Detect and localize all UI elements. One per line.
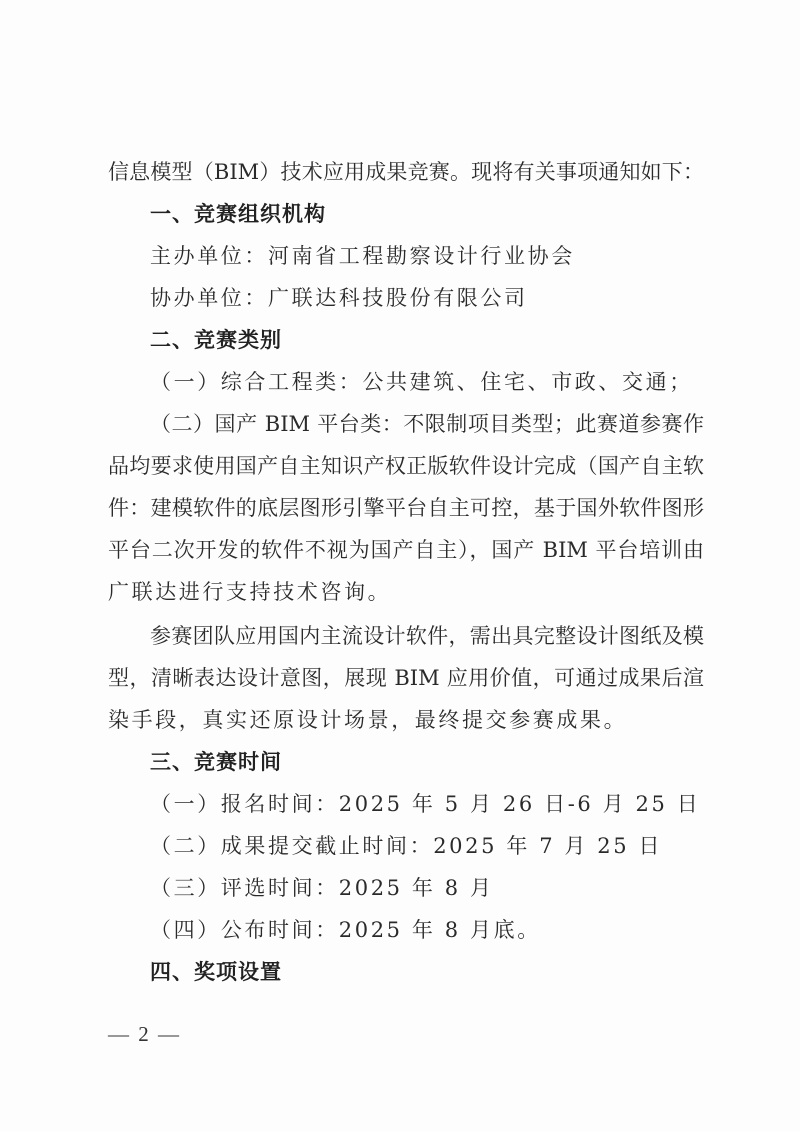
schedule-submission-deadline: （二）成果提交截止时间：2025 年 7 月 25 日 — [150, 832, 704, 860]
category-2-line-2: 品均要求使用国产自主知识产权正版软件设计完成（国产自主软 — [108, 452, 704, 480]
section-heading-awards: 四、奖项设置 — [150, 958, 704, 986]
intro-paragraph-tail: 信息模型（BIM）技术应用成果竞赛。现将有关事项通知如下： — [108, 158, 704, 186]
section-heading-schedule: 三、竞赛时间 — [150, 748, 704, 776]
host-organizer: 主办单位：河南省工程勘察设计行业协会 — [150, 242, 704, 270]
category-2-line-3: 件：建模软件的底层图形引擎平台自主可控，基于国外软件图形 — [108, 494, 704, 522]
schedule-registration: （一）报名时间：2025 年 5 月 26 日-6 月 25 日 — [150, 790, 704, 818]
teams-paragraph-line-2: 型，清晰表达设计意图，展现 BIM 应用价值，可通过成果后渲 — [108, 664, 704, 692]
section-heading-categories: 二、竞赛类别 — [150, 326, 704, 354]
schedule-announcement: （四）公布时间：2025 年 8 月底。 — [150, 916, 704, 944]
schedule-judging: （三）评选时间：2025 年 8 月 — [150, 874, 704, 902]
section-heading-organization: 一、竞赛组织机构 — [150, 200, 704, 228]
co-organizer: 协办单位：广联达科技股份有限公司 — [150, 284, 704, 312]
document-page: 信息模型（BIM）技术应用成果竞赛。现将有关事项通知如下： 一、竞赛组织机构 主… — [0, 0, 800, 1131]
category-2-line-5: 广联达进行支持技术咨询。 — [108, 578, 704, 606]
teams-paragraph-line-1: 参赛团队应用国内主流设计软件，需出具完整设计图纸及模 — [150, 622, 704, 650]
category-2-line-4: 平台二次开发的软件不视为国产自主），国产 BIM 平台培训由 — [108, 536, 704, 564]
category-2-line-1: （二）国产 BIM 平台类：不限制项目类型；此赛道参赛作 — [150, 410, 704, 438]
category-1: （一）综合工程类：公共建筑、住宅、市政、交通； — [150, 368, 704, 396]
page-number: — 2 — — [108, 1022, 181, 1047]
teams-paragraph-line-3: 染手段，真实还原设计场景，最终提交参赛成果。 — [108, 706, 704, 734]
